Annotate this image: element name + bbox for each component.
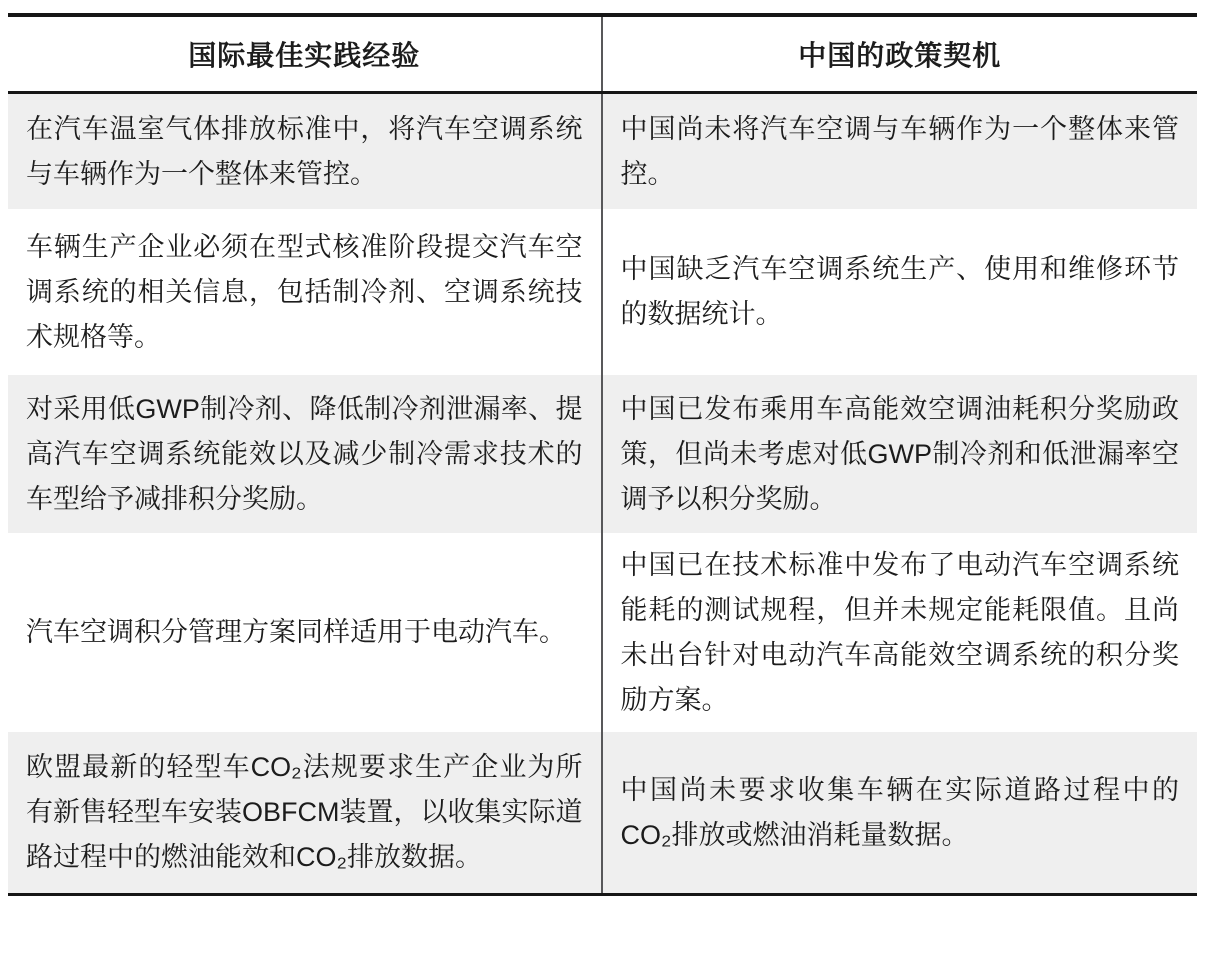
header-cell-china-policy: 中国的政策契机 [603, 17, 1198, 91]
table-header-row: 国际最佳实践经验 中国的政策契机 [8, 17, 1197, 94]
table-row: 欧盟最新的轻型车CO₂法规要求生产企业为所有新售轻型车安装OBFCM装置，以收集… [8, 732, 1197, 893]
cell-international-practice: 对采用低GWP制冷剂、降低制冷剂泄漏率、提高汽车空调系统能效以及减少制冷需求技术… [8, 375, 603, 533]
cell-international-practice: 在汽车温室气体排放标准中，将汽车空调系统与车辆作为一个整体来管控。 [8, 94, 603, 209]
cell-china-policy: 中国已发布乘用车高能效空调油耗积分奖励政策，但尚未考虑对低GWP制冷剂和低泄漏率… [603, 375, 1198, 533]
header-cell-international-practice: 国际最佳实践经验 [8, 17, 603, 91]
table-row: 车辆生产企业必须在型式核准阶段提交汽车空调系统的相关信息，包括制冷剂、空调系统技… [8, 209, 1197, 375]
cell-text: 中国尚未将汽车空调与车辆作为一个整体来管控。 [621, 107, 1180, 197]
table-row: 汽车空调积分管理方案同样适用于电动汽车。 中国已在技术标准中发布了电动汽车空调系… [8, 533, 1197, 732]
cell-china-policy: 中国缺乏汽车空调系统生产、使用和维修环节的数据统计。 [603, 209, 1198, 375]
cell-china-policy: 中国已在技术标准中发布了电动汽车空调系统能耗的测试规程，但并未规定能耗限值。且尚… [603, 533, 1198, 732]
cell-international-practice: 车辆生产企业必须在型式核准阶段提交汽车空调系统的相关信息，包括制冷剂、空调系统技… [8, 209, 603, 375]
header-label-china-policy: 中国的政策契机 [798, 34, 1001, 74]
cell-china-policy: 中国尚未要求收集车辆在实际道路过程中的CO₂排放或燃油消耗量数据。 [603, 732, 1198, 893]
header-label-international-practice: 国际最佳实践经验 [188, 34, 420, 74]
comparison-table: 国际最佳实践经验 中国的政策契机 在汽车温室气体排放标准中，将汽车空调系统与车辆… [8, 13, 1197, 896]
cell-text: 中国已发布乘用车高能效空调油耗积分奖励政策，但尚未考虑对低GWP制冷剂和低泄漏率… [621, 387, 1180, 522]
cell-text: 中国尚未要求收集车辆在实际道路过程中的CO₂排放或燃油消耗量数据。 [621, 768, 1180, 858]
table-row: 在汽车温室气体排放标准中，将汽车空调系统与车辆作为一个整体来管控。 中国尚未将汽… [8, 94, 1197, 209]
cell-text: 欧盟最新的轻型车CO₂法规要求生产企业为所有新售轻型车安装OBFCM装置，以收集… [26, 745, 583, 880]
cell-text: 汽车空调积分管理方案同样适用于电动汽车。 [26, 610, 583, 655]
cell-china-policy: 中国尚未将汽车空调与车辆作为一个整体来管控。 [603, 94, 1198, 209]
cell-text: 在汽车温室气体排放标准中，将汽车空调系统与车辆作为一个整体来管控。 [26, 107, 583, 197]
cell-international-practice: 汽车空调积分管理方案同样适用于电动汽车。 [8, 533, 603, 732]
table-row: 对采用低GWP制冷剂、降低制冷剂泄漏率、提高汽车空调系统能效以及减少制冷需求技术… [8, 375, 1197, 533]
cell-text: 对采用低GWP制冷剂、降低制冷剂泄漏率、提高汽车空调系统能效以及减少制冷需求技术… [26, 387, 583, 522]
cell-text: 中国已在技术标准中发布了电动汽车空调系统能耗的测试规程，但并未规定能耗限值。且尚… [621, 543, 1180, 723]
cell-international-practice: 欧盟最新的轻型车CO₂法规要求生产企业为所有新售轻型车安装OBFCM装置，以收集… [8, 732, 603, 893]
document-page: 国际最佳实践经验 中国的政策契机 在汽车温室气体排放标准中，将汽车空调系统与车辆… [0, 0, 1210, 970]
cell-text: 中国缺乏汽车空调系统生产、使用和维修环节的数据统计。 [621, 247, 1180, 337]
cell-text: 车辆生产企业必须在型式核准阶段提交汽车空调系统的相关信息，包括制冷剂、空调系统技… [26, 225, 583, 360]
